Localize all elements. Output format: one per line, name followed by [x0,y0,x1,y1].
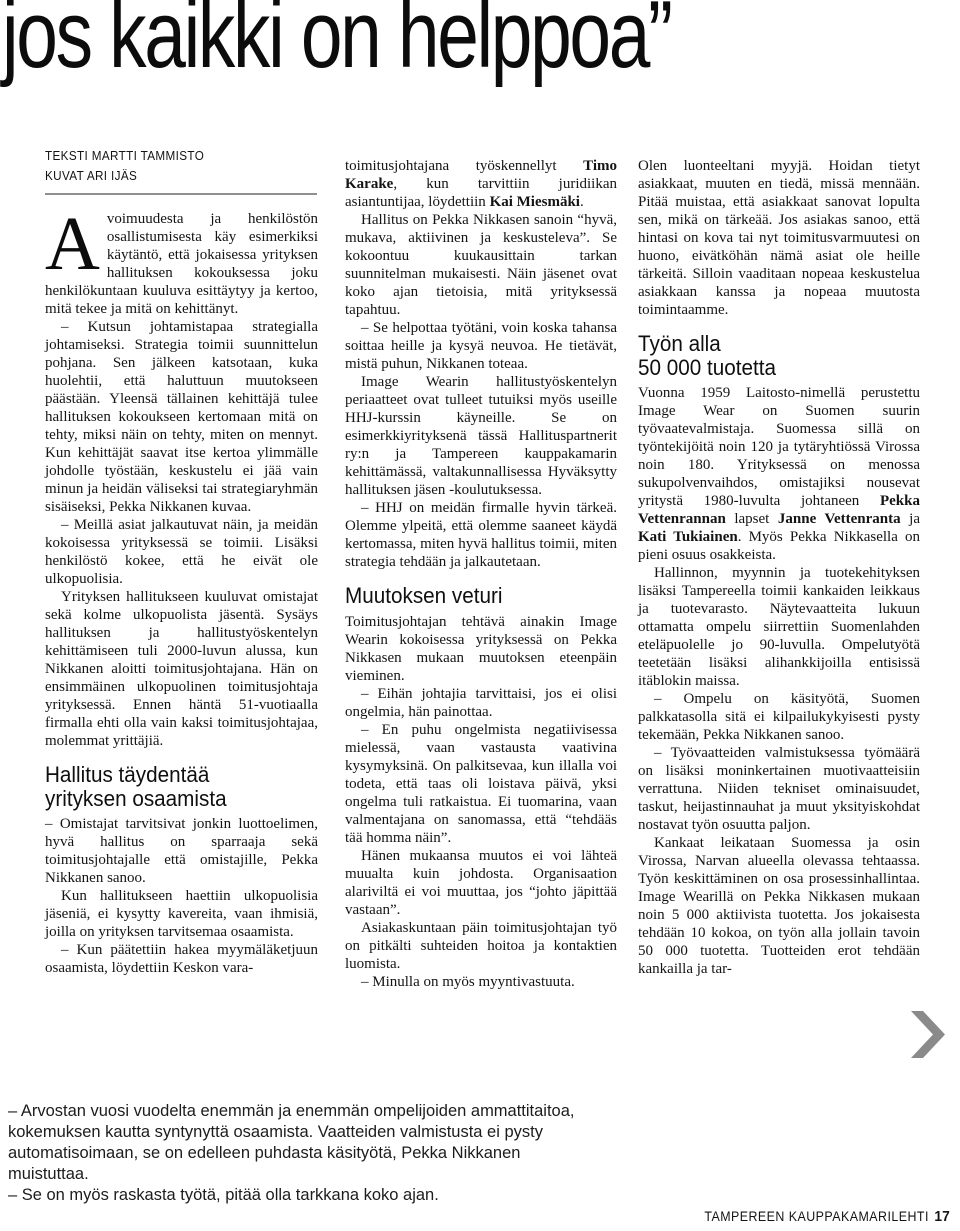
person-name: Kati Tukiainen [638,529,738,545]
page-number: 17 [935,1208,950,1225]
paragraph: Kun hallitukseen haettiin ulkopuolisia j… [45,887,318,941]
subheading-hallitus-taydentaa: Hallitus täydentää yrityksen osaamista [45,763,302,810]
subheading-line: 50 000 tuotetta [638,356,903,380]
paragraph: Toimitusjohtajan tehtävä ainakin Image W… [345,613,617,685]
magazine-name: TAMPEREEN KAUPPAKAMARILEHTI [705,1209,930,1224]
paragraph: Yrityksen hallitukseen kuuluvat omistaja… [45,588,318,750]
paragraph-text: ja [901,511,920,527]
subheading-line: Hallitus täydentää [45,763,302,787]
paragraph: Hänen mukaansa muutos ei voi lähteä muua… [345,847,617,919]
byline: TEKSTI MARTTI TAMMISTO KUVAT ARI IJÄS [45,146,204,186]
chevron-right-icon [911,1011,945,1058]
paragraph: toimitusjohtajana työskennellyt Timo Kar… [345,157,617,211]
paragraph: Asiakaskuntaan päin toimitusjohtajan työ… [345,919,617,973]
paragraph: – Eihän johtajia tarvittaisi, jos ei oli… [345,685,617,721]
paragraph: – Se helpottaa työtäni, voin koska tahan… [345,319,617,373]
paragraph: – Ompelu on käsityötä, Suomen palkkataso… [638,690,920,744]
paragraph: – HHJ on meidän firmalle hyvin tärkeä. O… [345,499,617,571]
paragraph-text: . [580,194,584,210]
page-title: jos kaikki on helppoa” [2,0,671,86]
person-name: Kai Miesmäki [490,194,580,210]
paragraph: – Kun päätettiin hakea myymäläketjuun os… [45,941,318,977]
article-column-1: Avoimuudesta ja henkilöstön osallistumis… [45,210,318,977]
paragraph: – En puhu ongelmista negatiivisessa miel… [345,721,617,847]
paragraph: Image Wearin hallitustyöskentelyn periaa… [345,373,617,499]
paragraph-text: Vuonna 1959 Laitosto-nimellä perustettu … [638,385,920,509]
caption-paragraph: – Arvostan vuosi vuodelta enemmän ja ene… [8,1100,590,1184]
paragraph: – Omistajat tarvitsivat jonkin luottoeli… [45,815,318,887]
paragraph: Kankaat leikataan Suomessa ja osin Viros… [638,834,920,978]
subheading-line: yrityksen osaamista [45,787,302,811]
caption-paragraph: – Se on myös raskasta työtä, pitää olla … [8,1184,590,1205]
paragraph-text: lapset [726,511,778,527]
photo-caption: – Arvostan vuosi vuodelta enemmän ja ene… [8,1100,590,1205]
person-name: Janne Vettenranta [778,511,901,527]
byline-photo-credit: KUVAT ARI IJÄS [45,166,204,186]
article-column-3: Olen luonteeltani myyjä. Hoidan tietyt a… [638,157,920,978]
paragraph: Hallinnon, myynnin ja tuotekehityksen li… [638,564,920,690]
page-footer: TAMPEREEN KAUPPAKAMARILEHTI17 [705,1208,950,1225]
continuation-arrow-icon [911,1011,945,1058]
drop-cap: A [45,213,100,275]
paragraph: – Meillä asiat jalkautuvat näin, ja meid… [45,516,318,588]
paragraph-text: toimitusjohtajana työskennellyt [345,158,583,174]
subheading-muutoksen-veturi: Muutoksen veturi [345,584,601,608]
lead-paragraph: Avoimuudesta ja henkilöstön osallistumis… [45,210,318,318]
article-column-2: toimitusjohtajana työskennellyt Timo Kar… [345,157,617,991]
paragraph: – Kutsun johtamistapaa strategialla joht… [45,318,318,516]
subheading-line: Työn alla [638,332,903,356]
paragraph: – Työvaatteiden valmistuksessa työmäärä … [638,744,920,834]
paragraph: Olen luonteeltani myyjä. Hoidan tietyt a… [638,157,920,319]
byline-divider [45,193,317,195]
paragraph: Hallitus on Pekka Nikkasen sanoin “hyvä,… [345,211,617,319]
subheading-tyon-alla: Työn alla 50 000 tuotetta [638,332,903,379]
paragraph: Vuonna 1959 Laitosto-nimellä perustettu … [638,384,920,564]
byline-text-credit: TEKSTI MARTTI TAMMISTO [45,146,204,166]
paragraph: – Minulla on myös myyntivastuuta. [345,973,617,991]
